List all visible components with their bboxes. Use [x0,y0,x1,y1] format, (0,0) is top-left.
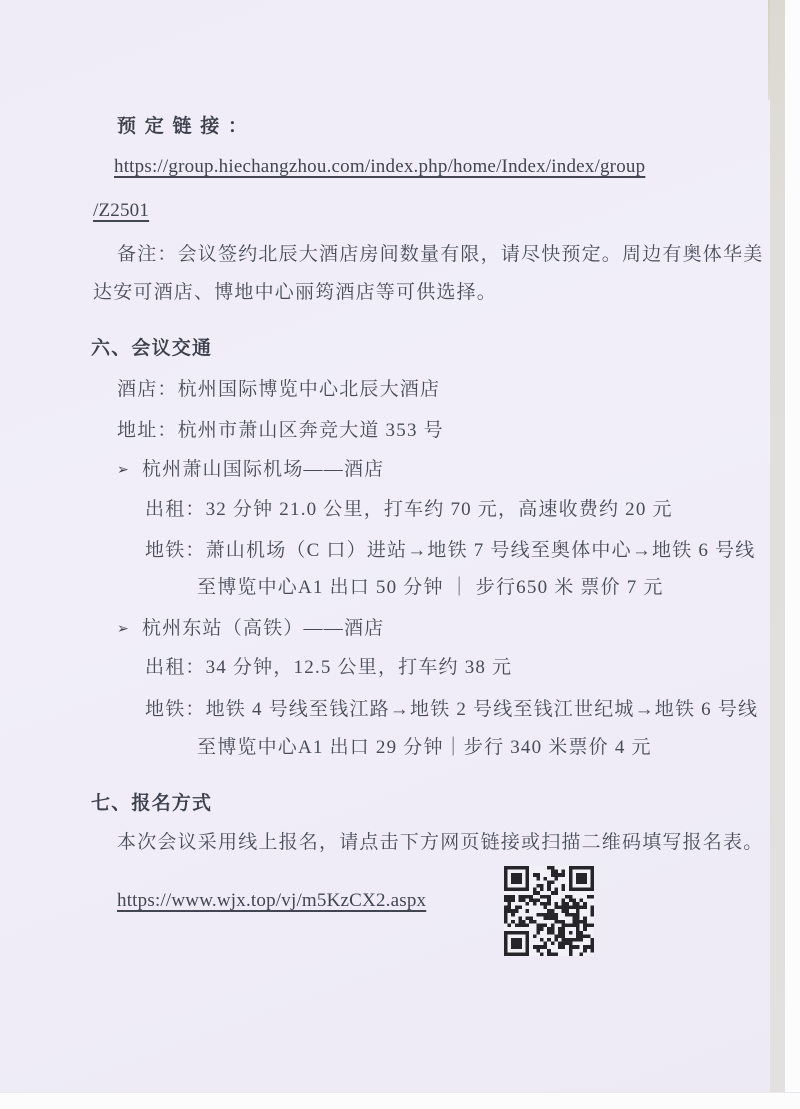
address-line: 地址：杭州市萧山区奔竞大道 353 号 [117,415,444,442]
route-airport-title-text: 杭州萧山国际机场——酒店 [142,459,384,480]
route-railway-metro-line2: 至博览中心A1 出口 29 分钟｜步行 340 米票价 4 元 [197,732,652,759]
booking-link-label: 预 定 链 接 ： [117,111,249,138]
section-7-heading: 七、报名方式 [91,788,212,815]
arrow-bullet-icon: ➢ [117,462,130,479]
route-airport-metro-line2: 至博览中心A1 出口 50 分钟 ｜ 步行650 米 票价 7 元 [197,572,664,599]
qr-code [504,866,594,956]
route-railway-taxi: 出租：34 分钟，12.5 公里，打车约 38 元 [145,652,512,679]
hotel-line: 酒店：杭州国际博览中心北辰大酒店 [117,374,440,401]
scan-edge-right [770,0,785,1093]
registration-body: 本次会议采用线上报名，请点击下方网页链接或扫描二维码填写报名表。 [117,827,763,854]
route-airport-metro-line1: 地铁：萧山机场（C 口）进站→地铁 7 号线至奥体中心→地铁 6 号线 [145,535,755,562]
section-6-heading: 六、会议交通 [91,333,212,360]
booking-url-line2[interactable]: /Z2501 [93,200,149,222]
scanned-page: 预 定 链 接 ： https://group.hiechangzhou.com… [0,0,785,1093]
route-railway-title-text: 杭州东站（高铁）——酒店 [142,618,384,639]
route-airport-title: ➢杭州萧山国际机场——酒店 [117,454,384,481]
booking-note-line1: 备注：会议签约北辰大酒店房间数量有限，请尽快预定。周边有奥体华美 [117,239,763,266]
route-railway-title: ➢杭州东站（高铁）——酒店 [117,613,384,640]
booking-note-line2: 达安可酒店、博地中心丽筠酒店等可供选择。 [93,277,497,304]
booking-url-line1[interactable]: https://group.hiechangzhou.com/index.php… [114,156,645,178]
registration-url[interactable]: https://www.wjx.top/vj/m5KzCX2.aspx [117,890,426,912]
route-railway-metro-line1: 地铁：地铁 4 号线至钱江路→地铁 2 号线至钱江世纪城→地铁 6 号线 [145,694,758,721]
scan-edge-bottom [0,1092,800,1109]
arrow-bullet-icon: ➢ [117,621,130,638]
route-airport-taxi: 出租：32 分钟 21.0 公里，打车约 70 元，高速收费约 20 元 [145,494,673,521]
